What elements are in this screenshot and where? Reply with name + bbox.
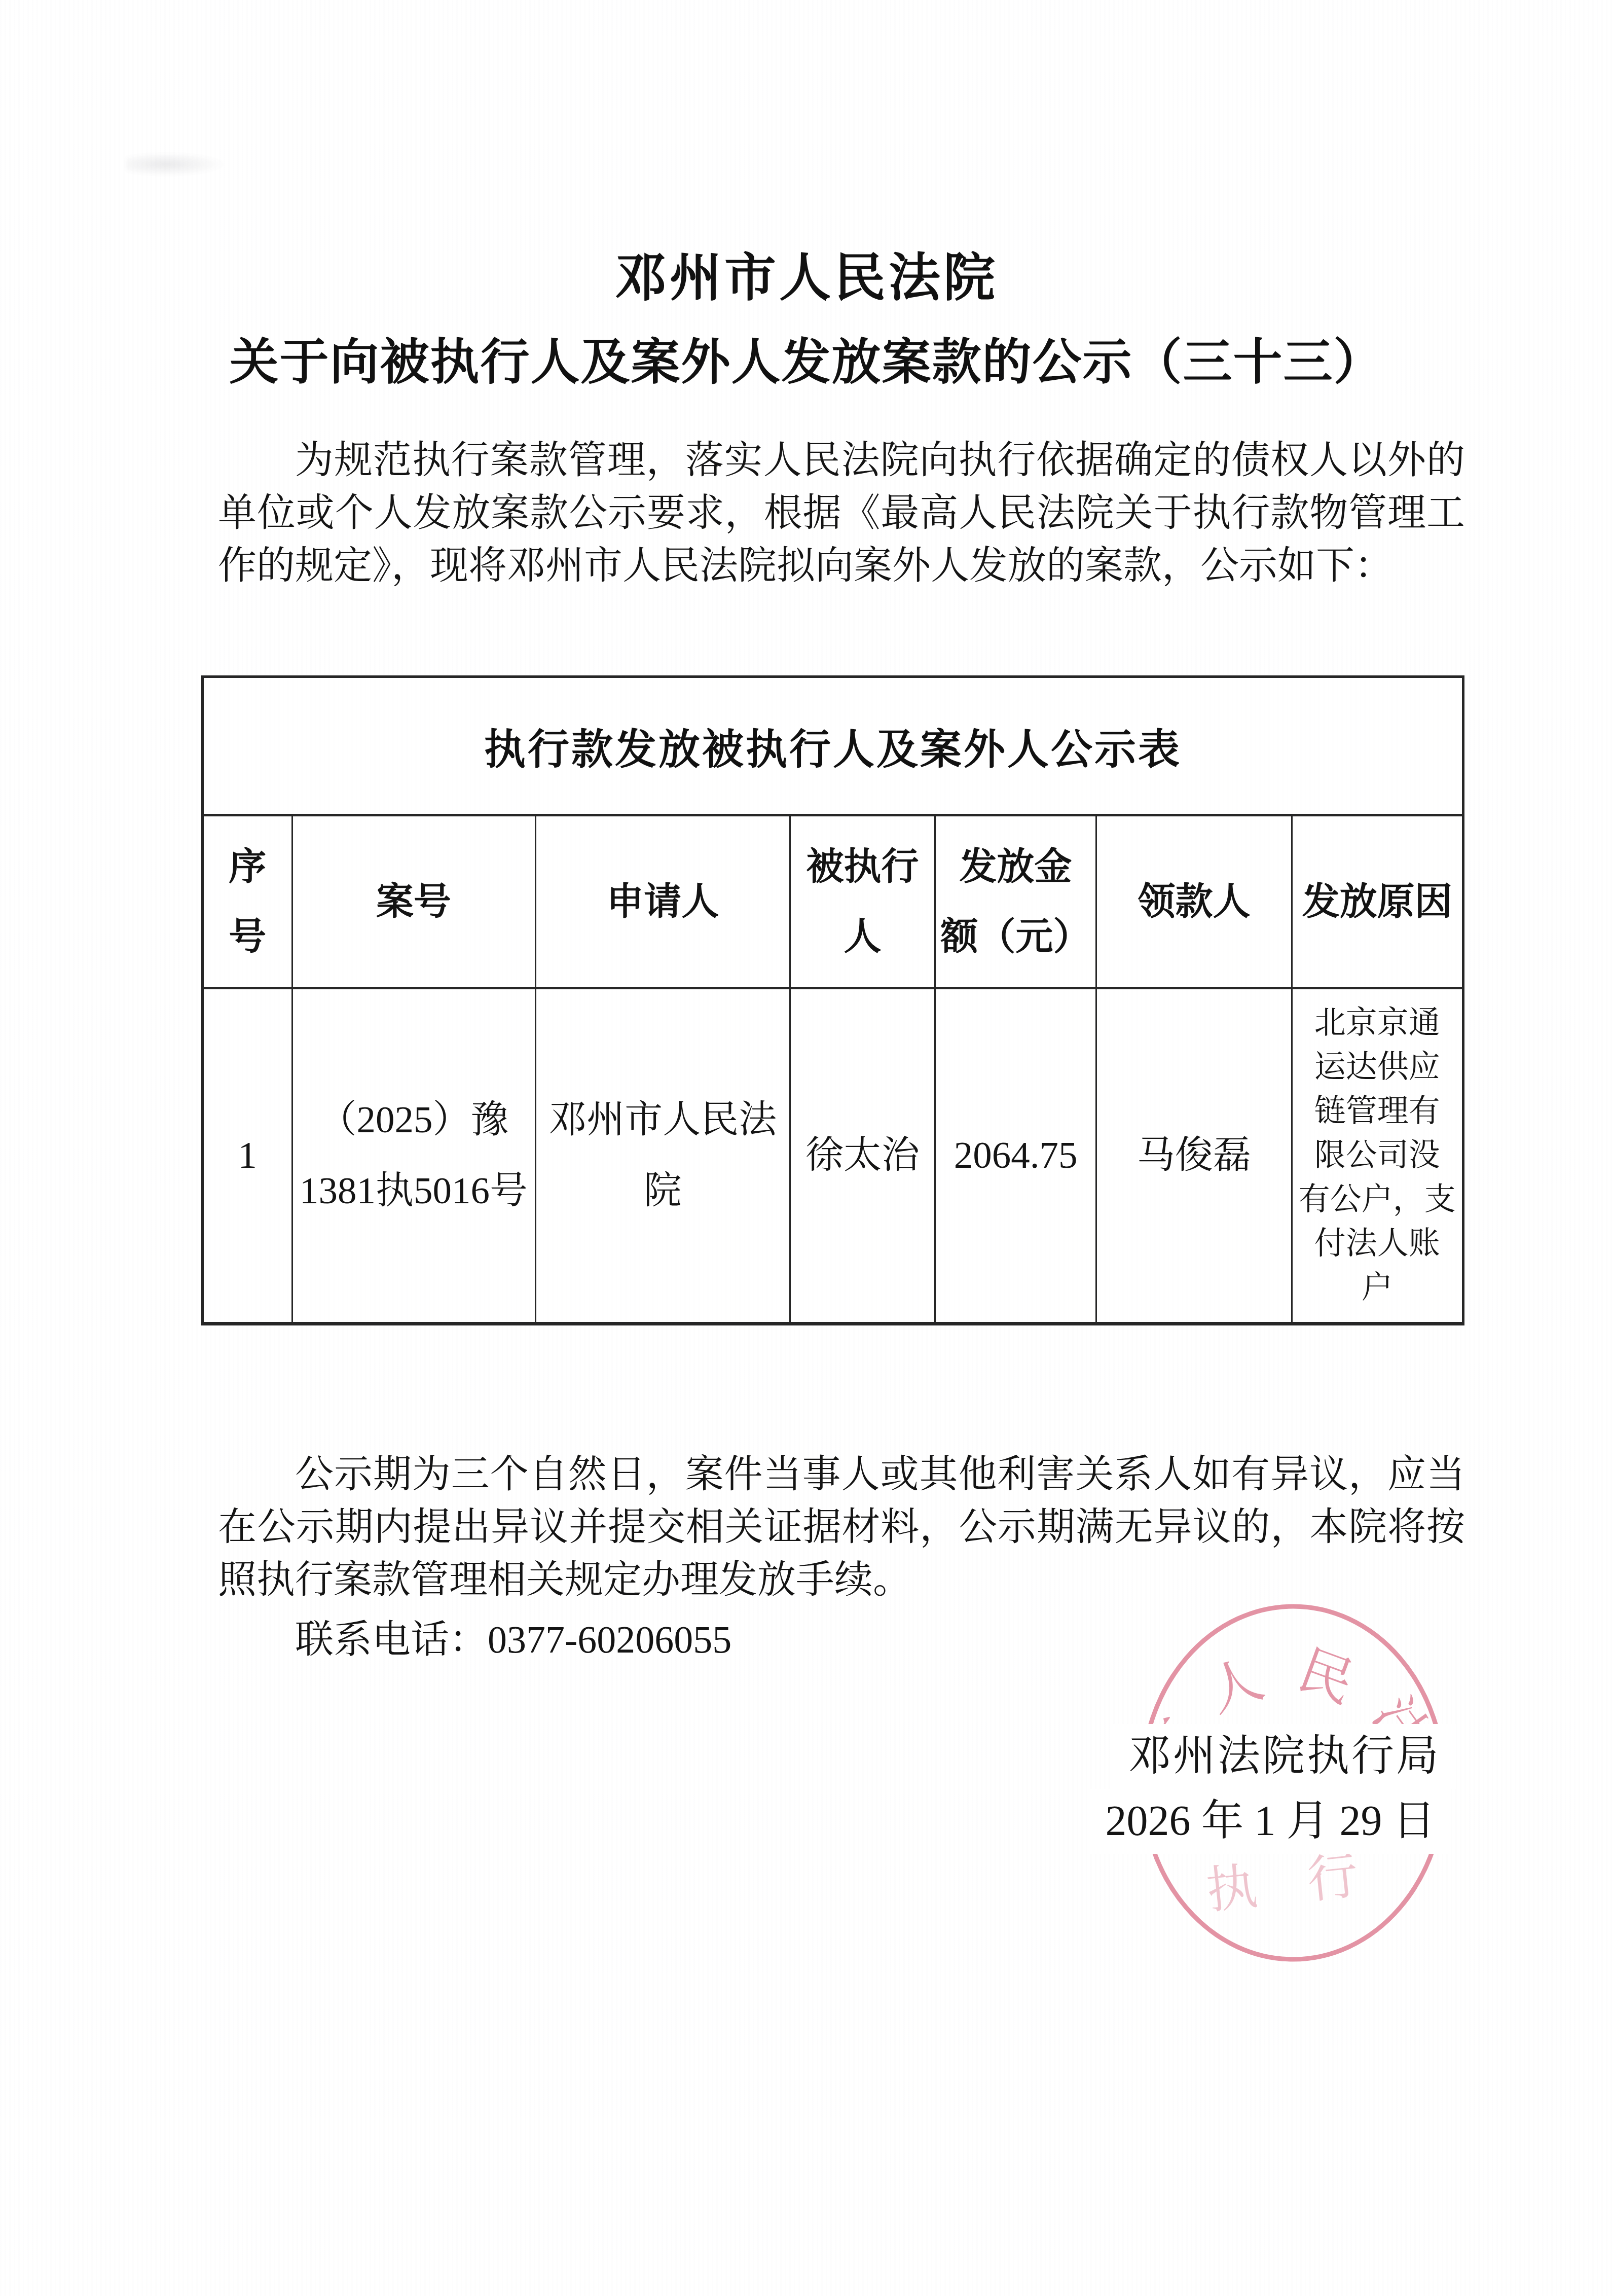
- table-body: 1（2025）豫 1381执5016号邓州市人民法 院徐太治2064.75马俊磊…: [203, 988, 1463, 1324]
- table-title: 执行款发放被执行人及案外人公示表: [203, 677, 1463, 815]
- intro-paragraph: 为规范执行案款管理，落实人民法院向执行依据确定的债权人以外的单位或个人发放案款公…: [218, 434, 1465, 592]
- document-page: 邓州市人民法院 关于向被执行人及案外人发放案款的公示（三十三） 为规范执行案款管…: [0, 0, 1613, 2296]
- table-cell-seq-number: 1: [203, 988, 292, 1324]
- seal-bottom-text: 执 行: [1204, 1845, 1379, 1919]
- table-cell-applicant: 邓州市人民法 院: [535, 988, 790, 1324]
- table-header-seq-number: 序 号: [203, 815, 292, 988]
- table-cell-reason: 北京京通 运达供应 链管理有 限公司没 有公户，支 付法人账 户: [1292, 988, 1463, 1324]
- table-header-case-number: 案号: [292, 815, 535, 988]
- table-header-reason: 发放原因: [1292, 815, 1463, 988]
- table-cell-payee: 马俊磊: [1096, 988, 1292, 1324]
- doc-subtitle: 关于向被执行人及案外人发放案款的公示（三十三）: [0, 335, 1613, 389]
- table-cell-case-number: （2025）豫 1381执5016号: [292, 988, 535, 1324]
- scan-smudge: [126, 152, 227, 176]
- table-header-amount: 发放金 额（元）: [935, 815, 1096, 988]
- signature-date: 2026 年 1 月 29 日: [1090, 1789, 1450, 1854]
- table-header-payee: 领款人: [1096, 815, 1292, 988]
- table-header-row: 序 号案号申请人被执行 人发放金 额（元）领款人发放原因: [203, 815, 1463, 988]
- table-cell-amount: 2064.75: [935, 988, 1096, 1324]
- publicity-table: 执行款发放被执行人及案外人公示表 序 号案号申请人被执行 人发放金 额（元）领款…: [201, 675, 1464, 1325]
- table-title-row: 执行款发放被执行人及案外人公示表: [203, 677, 1463, 815]
- doc-title: 邓州市人民法院: [0, 249, 1613, 306]
- table-cell-executee: 徐太治: [790, 988, 935, 1324]
- closing-paragraph: 公示期为三个自然日，案件当事人或其他利害关系人如有异议，应当在公示期内提出异议并…: [218, 1448, 1465, 1606]
- table-header-executee: 被执行 人: [790, 815, 935, 988]
- signature-org: 邓州法院执行局: [1113, 1724, 1456, 1789]
- table-header-applicant: 申请人: [535, 815, 790, 988]
- table-row: 1（2025）豫 1381执5016号邓州市人民法 院徐太治2064.75马俊磊…: [203, 988, 1463, 1324]
